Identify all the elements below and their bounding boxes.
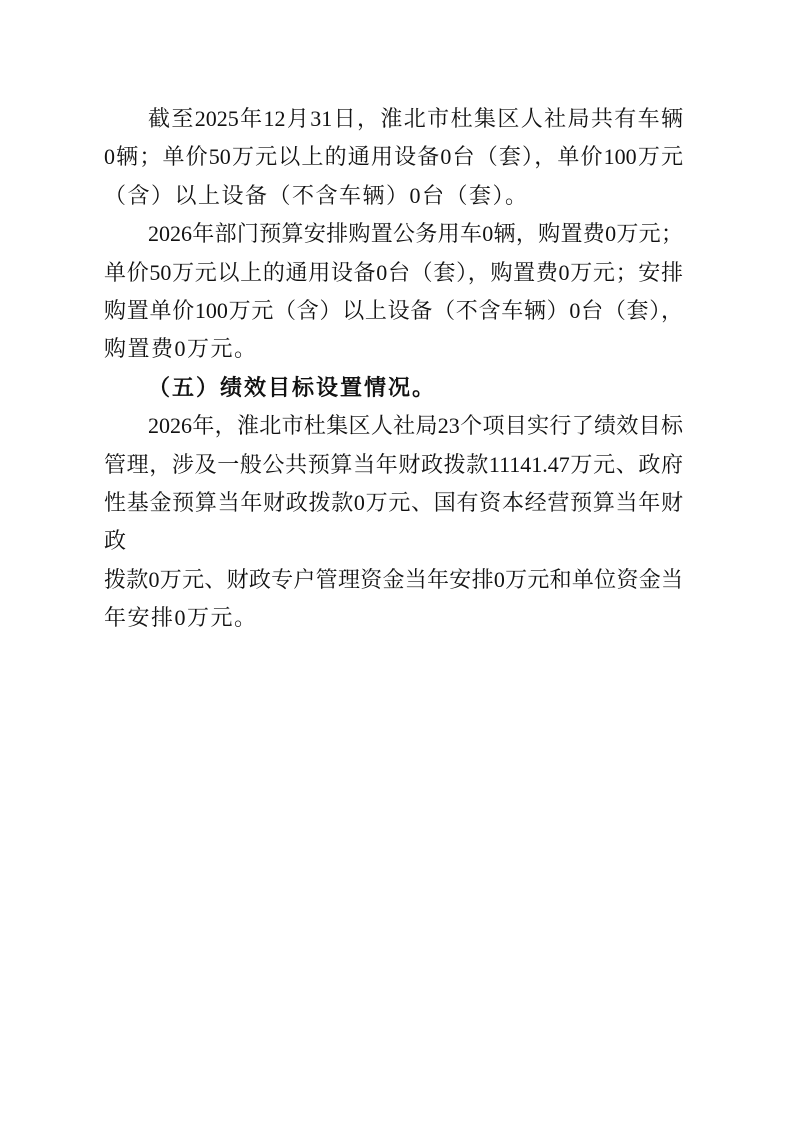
heading-text-line: （五）绩效目标设置情况。 — [104, 369, 683, 407]
section-five-heading: （五）绩效目标设置情况。 — [104, 369, 683, 407]
text-line: 拨款0万元、财政专户管理资金当年安排0万元和单位资金当 — [104, 561, 683, 599]
text-line: （含）以上设备（不含车辆）0台（套）。 — [104, 177, 683, 215]
text-line: 单价50万元以上的通用设备0台（套），购置费0万元；安排 — [104, 254, 683, 292]
text-line: 管理，涉及一般公共预算当年财政拨款11141.47万元、政府 — [104, 446, 683, 484]
paragraph-budget-purchase-plan: 2026年部门预算安排购置公务用车0辆，购置费0万元； 单价50万元以上的通用设… — [104, 215, 683, 369]
text-line: 购置费0万元。 — [104, 330, 683, 368]
paragraph-assets-status: 截至2025年12月31日，淮北市杜集区人社局共有车辆 0辆；单价50万元以上的… — [104, 100, 683, 215]
text-line: 0辆；单价50万元以上的通用设备0台（套），单价100万元 — [104, 138, 683, 176]
paragraph-performance-targets: 2026年，淮北市杜集区人社局23个项目实行了绩效目标 管理，涉及一般公共预算当… — [104, 407, 683, 637]
document-body: 截至2025年12月31日，淮北市杜集区人社局共有车辆 0辆；单价50万元以上的… — [104, 100, 683, 638]
text-line: 截至2025年12月31日，淮北市杜集区人社局共有车辆 — [104, 100, 683, 138]
document-page: 截至2025年12月31日，淮北市杜集区人社局共有车辆 0辆；单价50万元以上的… — [0, 0, 793, 1122]
text-line: 年安排0万元。 — [104, 599, 683, 637]
text-line: 性基金预算当年财政拨款0万元、国有资本经营预算当年财政 — [104, 484, 683, 561]
text-line: 购置单价100万元（含）以上设备（不含车辆）0台（套）， — [104, 292, 683, 330]
text-line: 2026年部门预算安排购置公务用车0辆，购置费0万元； — [104, 215, 683, 253]
text-line: 2026年，淮北市杜集区人社局23个项目实行了绩效目标 — [104, 407, 683, 445]
